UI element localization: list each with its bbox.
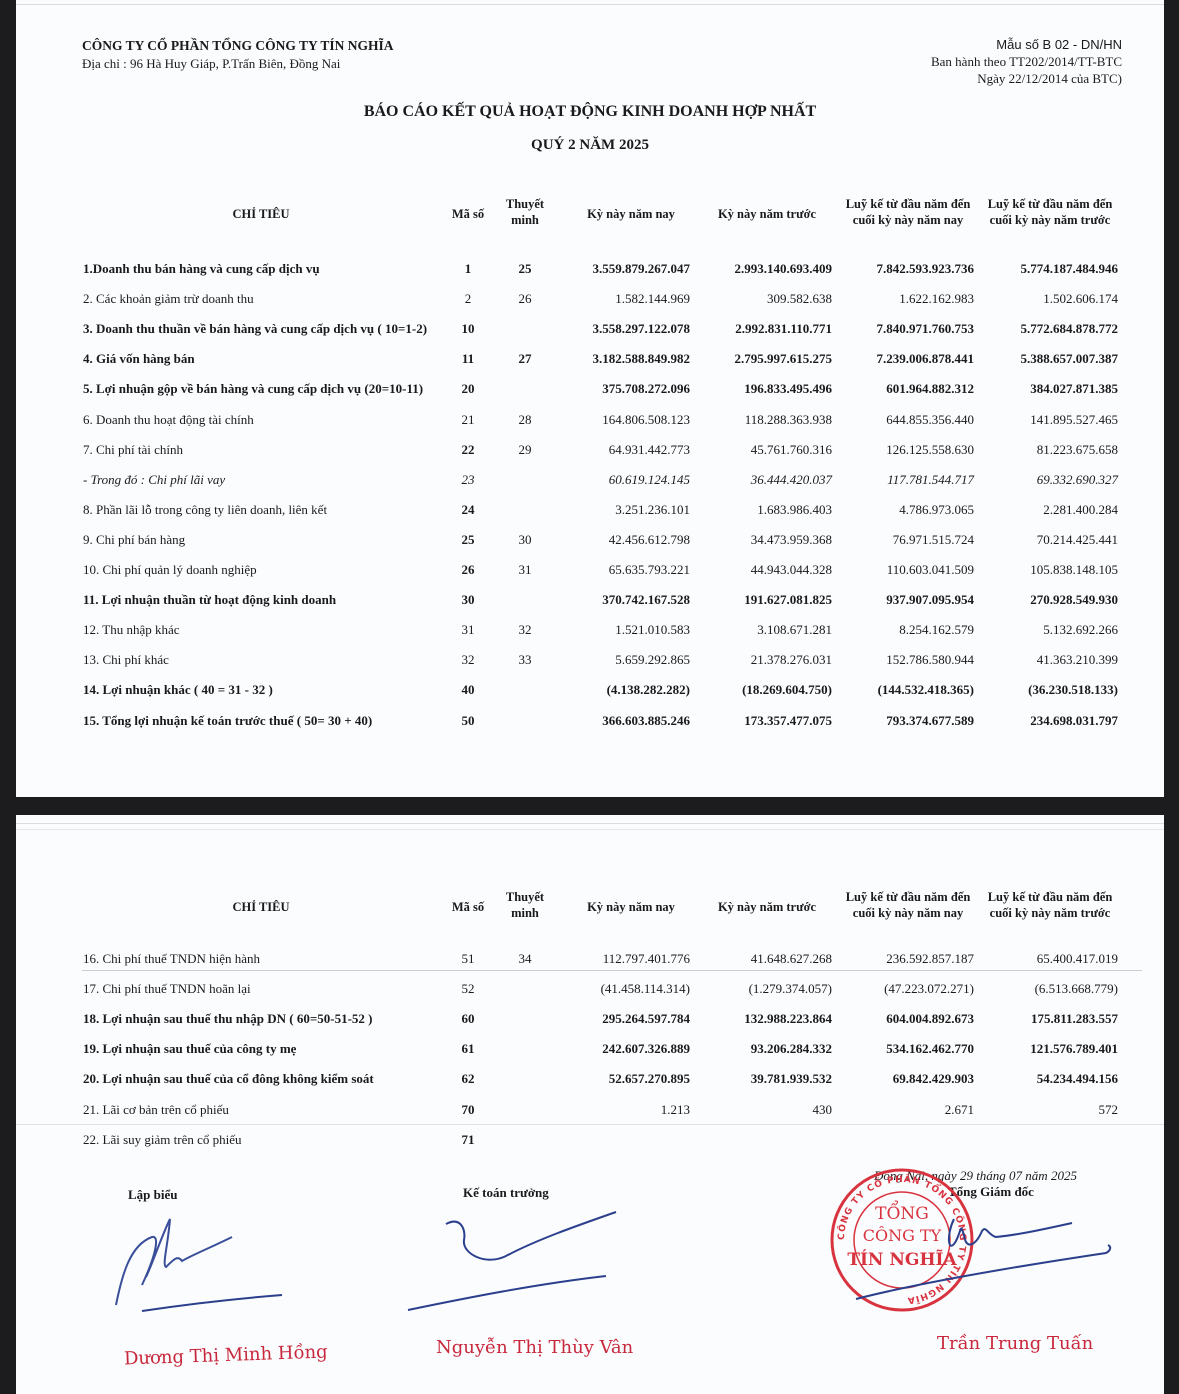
value-ytd-previous: 81.223.675.658	[982, 442, 1118, 458]
value-previous: 309.582.638	[696, 291, 832, 307]
col-header-name: CHỈ TIÊU	[146, 206, 376, 222]
row-code: 60	[446, 1011, 490, 1027]
scan-artifact	[16, 1124, 1164, 1125]
value-previous: (18.269.604.750)	[696, 682, 832, 698]
row-code: 31	[446, 622, 490, 638]
row-code: 2	[446, 291, 490, 307]
scan-artifact	[82, 970, 1142, 971]
table-row: 17. Chi phí thuế TNDN hoãn lại52(41.458.…	[16, 978, 1164, 1000]
row-code: 1	[446, 261, 490, 277]
row-label: 17. Chi phí thuế TNDN hoãn lại	[83, 981, 251, 997]
row-label: 19. Lợi nhuận sau thuế của công ty mẹ	[83, 1041, 296, 1057]
value-previous: 45.761.760.316	[696, 442, 832, 458]
value-previous: 93.206.284.332	[696, 1041, 832, 1057]
table-row: 5. Lợi nhuận gộp về bán hàng và cung cấp…	[16, 378, 1164, 400]
value-previous: 41.648.627.268	[696, 951, 832, 967]
table-row: 1.Doanh thu bán hàng và cung cấp dịch vụ…	[16, 258, 1164, 280]
row-label: 21. Lãi cơ bản trên cổ phiếu	[83, 1102, 229, 1118]
row-note: 26	[500, 291, 550, 307]
value-previous: 34.473.959.368	[696, 532, 832, 548]
row-label: 12. Thu nhập khác	[83, 622, 180, 638]
value-current: 3.559.879.267.047	[556, 261, 690, 277]
row-label: 8. Phần lãi lỗ trong công ty liên doanh,…	[83, 502, 327, 518]
accountant-name: Nguyễn Thị Thùy Vân	[436, 1337, 633, 1358]
table-row: 21. Lãi cơ bản trên cổ phiếu701.2134302.…	[16, 1099, 1164, 1121]
col-header-ytd-previous: Luỹ kế từ đầu năm đếncuối kỳ này năm trư…	[980, 889, 1120, 921]
company-name: CÔNG TY CỔ PHẦN TỔNG CÔNG TY TÍN NGHĨA	[82, 38, 394, 54]
value-ytd-current: 76.971.515.724	[836, 532, 974, 548]
value-ytd-previous: (36.230.518.133)	[982, 682, 1118, 698]
table-header: CHỈ TIÊU Mã số Thuyếtminh Kỳ này năm nay…	[16, 192, 1164, 238]
col-header-previous: Kỳ này năm trước	[702, 899, 832, 915]
table-row: 14. Lợi nhuận khác ( 40 = 31 - 32 )40(4.…	[16, 679, 1164, 701]
row-code: 32	[446, 652, 490, 668]
accountant-role: Kế toán trưởng	[463, 1185, 549, 1201]
row-code: 26	[446, 562, 490, 578]
row-code: 25	[446, 532, 490, 548]
value-current: 1.521.010.583	[556, 622, 690, 638]
row-label: 13. Chi phí khác	[83, 652, 169, 668]
table-row: 16. Chi phí thuế TNDN hiện hành5134112.7…	[16, 948, 1164, 970]
value-ytd-previous: 572	[982, 1102, 1118, 1118]
value-ytd-current: 126.125.558.630	[836, 442, 974, 458]
accountant-signature	[406, 1210, 626, 1320]
value-current: 295.264.597.784	[556, 1011, 690, 1027]
table-row: 6. Doanh thu hoạt động tài chính2128164.…	[16, 409, 1164, 431]
row-note: 34	[500, 951, 550, 967]
value-ytd-current: 601.964.882.312	[836, 381, 974, 397]
value-current: 3.182.588.849.982	[556, 351, 690, 367]
row-code: 61	[446, 1041, 490, 1057]
scan-artifact	[16, 829, 1164, 830]
value-current: 370.742.167.528	[556, 592, 690, 608]
value-previous: 3.108.671.281	[696, 622, 832, 638]
row-label: 1.Doanh thu bán hàng và cung cấp dịch vụ	[83, 261, 320, 277]
value-previous: 39.781.939.532	[696, 1071, 832, 1087]
value-ytd-current: 534.162.462.770	[836, 1041, 974, 1057]
row-note: 30	[500, 532, 550, 548]
value-current: 65.635.793.221	[556, 562, 690, 578]
row-code: 23	[446, 472, 490, 488]
row-label: 20. Lợi nhuận sau thuế của cổ đông không…	[83, 1071, 374, 1087]
value-previous: 196.833.495.496	[696, 381, 832, 397]
value-ytd-current: 7.842.593.923.736	[836, 261, 974, 277]
value-current: 5.659.292.865	[556, 652, 690, 668]
row-label: 6. Doanh thu hoạt động tài chính	[83, 412, 254, 428]
row-label: 18. Lợi nhuận sau thuế thu nhập DN ( 60=…	[83, 1011, 372, 1027]
value-previous: 132.988.223.864	[696, 1011, 832, 1027]
value-ytd-current: (144.532.418.365)	[836, 682, 974, 698]
row-label: 9. Chi phí bán hàng	[83, 532, 185, 548]
row-label: 5. Lợi nhuận gộp về bán hàng và cung cấp…	[83, 381, 423, 397]
scan-artifact	[16, 4, 1164, 5]
value-current: 3.558.297.122.078	[556, 321, 690, 337]
value-ytd-previous: 5.772.684.878.772	[982, 321, 1118, 337]
col-header-ytd-current: Luỹ kế từ đầu năm đếncuối kỳ này năm nay	[838, 196, 978, 228]
row-code: 11	[446, 351, 490, 367]
value-previous: 36.444.420.037	[696, 472, 832, 488]
value-ytd-current: 937.907.095.954	[836, 592, 974, 608]
value-ytd-current: 1.622.162.983	[836, 291, 974, 307]
table-row: 22. Lãi suy giảm trên cổ phiếu71	[16, 1129, 1164, 1151]
value-ytd-current: (47.223.072.271)	[836, 981, 974, 997]
value-ytd-previous: 175.811.283.557	[982, 1011, 1118, 1027]
table-row: 12. Thu nhập khác31321.521.010.5833.108.…	[16, 619, 1164, 641]
table-row: 3. Doanh thu thuần về bán hàng và cung c…	[16, 318, 1164, 340]
value-ytd-previous: 1.502.606.174	[982, 291, 1118, 307]
value-ytd-current: 117.781.544.717	[836, 472, 974, 488]
table-header: CHỈ TIÊU Mã số Thuyếtminh Kỳ này năm nay…	[16, 885, 1164, 931]
col-header-current: Kỳ này năm nay	[566, 899, 696, 915]
row-note: 27	[500, 351, 550, 367]
value-ytd-previous: 2.281.400.284	[982, 502, 1118, 518]
report-period: QUÝ 2 NĂM 2025	[16, 137, 1164, 154]
value-current: (41.458.114.314)	[556, 981, 690, 997]
scan-artifact	[16, 823, 1164, 824]
value-ytd-current: 7.840.971.760.753	[836, 321, 974, 337]
value-previous: 2.795.997.615.275	[696, 351, 832, 367]
table-row: 9. Chi phí bán hàng253042.456.612.79834.…	[16, 529, 1164, 551]
company-address: Địa chỉ : 96 Hà Huy Giáp, P.Trấn Biên, Đ…	[82, 56, 340, 72]
row-code: 20	[446, 381, 490, 397]
row-label: - Trong đó : Chi phí lãi vay	[83, 472, 225, 488]
form-code-block: Mẫu số B 02 - DN/HN Ban hành theo TT202/…	[931, 36, 1122, 87]
table-row: 7. Chi phí tài chính222964.931.442.77345…	[16, 439, 1164, 461]
preparer-signature	[112, 1215, 282, 1315]
form-code: Mẫu số B 02 - DN/HN	[931, 36, 1122, 53]
value-ytd-previous: 5.132.692.266	[982, 622, 1118, 638]
col-header-note: Thuyếtminh	[500, 196, 550, 228]
value-previous: 44.943.044.328	[696, 562, 832, 578]
row-code: 40	[446, 682, 490, 698]
table-row: 11. Lợi nhuận thuần từ hoạt động kinh do…	[16, 589, 1164, 611]
value-current: 1.582.144.969	[556, 291, 690, 307]
report-page-2: CHỈ TIÊU Mã số Thuyếtminh Kỳ này năm nay…	[16, 815, 1164, 1394]
value-current: 164.806.508.123	[556, 412, 690, 428]
value-ytd-previous: 141.895.527.465	[982, 412, 1118, 428]
table-row: 10. Chi phí quản lý doanh nghiệp263165.6…	[16, 559, 1164, 581]
col-header-current: Kỳ này năm nay	[566, 206, 696, 222]
value-ytd-previous: 70.214.425.441	[982, 532, 1118, 548]
form-issued: Ban hành theo TT202/2014/TT-BTC	[931, 53, 1122, 70]
row-code: 30	[446, 592, 490, 608]
table-row: 2. Các khoản giảm trừ doanh thu2261.582.…	[16, 288, 1164, 310]
value-ytd-current: 110.603.041.509	[836, 562, 974, 578]
row-code: 62	[446, 1071, 490, 1087]
preparer-role: Lập biểu	[128, 1187, 178, 1203]
value-current: (4.138.282.282)	[556, 682, 690, 698]
value-previous: 1.683.986.403	[696, 502, 832, 518]
row-code: 22	[446, 442, 490, 458]
row-label: 7. Chi phí tài chính	[83, 442, 183, 458]
col-header-previous: Kỳ này năm trước	[702, 206, 832, 222]
row-label: 22. Lãi suy giảm trên cổ phiếu	[83, 1132, 242, 1148]
value-current: 42.456.612.798	[556, 532, 690, 548]
table-row: 18. Lợi nhuận sau thuế thu nhập DN ( 60=…	[16, 1008, 1164, 1030]
value-ytd-previous: 105.838.148.105	[982, 562, 1118, 578]
row-note: 32	[500, 622, 550, 638]
col-header-code: Mã số	[446, 899, 490, 915]
report-title: BÁO CÁO KẾT QUẢ HOẠT ĐỘNG KINH DOANH HỢP…	[16, 103, 1164, 121]
row-code: 71	[446, 1132, 490, 1148]
table-row: 13. Chi phí khác32335.659.292.86521.378.…	[16, 649, 1164, 671]
value-ytd-previous: 65.400.417.019	[982, 951, 1118, 967]
value-previous: 430	[696, 1102, 832, 1118]
table-row: 19. Lợi nhuận sau thuế của công ty mẹ612…	[16, 1038, 1164, 1060]
value-current: 64.931.442.773	[556, 442, 690, 458]
value-previous: 173.357.477.075	[696, 713, 832, 729]
value-current: 1.213	[556, 1102, 690, 1118]
row-label: 14. Lợi nhuận khác ( 40 = 31 - 32 )	[83, 682, 273, 698]
value-ytd-current: 2.671	[836, 1102, 974, 1118]
row-label: 11. Lợi nhuận thuần từ hoạt động kinh do…	[83, 592, 336, 608]
row-code: 24	[446, 502, 490, 518]
value-previous: 2.992.831.110.771	[696, 321, 832, 337]
value-ytd-previous: 54.234.494.156	[982, 1071, 1118, 1087]
row-code: 50	[446, 713, 490, 729]
value-ytd-previous: 5.388.657.007.387	[982, 351, 1118, 367]
value-ytd-current: 69.842.429.903	[836, 1071, 974, 1087]
row-code: 51	[446, 951, 490, 967]
value-current: 375.708.272.096	[556, 381, 690, 397]
value-ytd-previous: 41.363.210.399	[982, 652, 1118, 668]
value-previous: 2.993.140.693.409	[696, 261, 832, 277]
row-note: 33	[500, 652, 550, 668]
preparer-name: Dương Thị Minh Hồng	[124, 1341, 328, 1369]
row-code: 21	[446, 412, 490, 428]
value-ytd-previous: 384.027.871.385	[982, 381, 1118, 397]
row-note: 25	[500, 261, 550, 277]
value-ytd-current: 152.786.580.944	[836, 652, 974, 668]
table-row: - Trong đó : Chi phí lãi vay2360.619.124…	[16, 469, 1164, 491]
director-name: Trần Trung Tuấn	[937, 1333, 1093, 1354]
form-date: Ngày 22/12/2014 của BTC)	[931, 70, 1122, 87]
value-ytd-current: 8.254.162.579	[836, 622, 974, 638]
table-row: 4. Giá vốn hàng bán11273.182.588.849.982…	[16, 348, 1164, 370]
value-previous: 191.627.081.825	[696, 592, 832, 608]
value-ytd-current: 7.239.006.878.441	[836, 351, 974, 367]
value-previous: (1.279.374.057)	[696, 981, 832, 997]
report-page-1: CÔNG TY CỔ PHẦN TỔNG CÔNG TY TÍN NGHĨA Đ…	[16, 0, 1164, 797]
value-ytd-current: 236.592.857.187	[836, 951, 974, 967]
value-previous: 118.288.363.938	[696, 412, 832, 428]
value-ytd-previous: 5.774.187.484.946	[982, 261, 1118, 277]
row-label: 4. Giá vốn hàng bán	[83, 351, 195, 367]
col-header-ytd-current: Luỹ kế từ đầu năm đếncuối kỳ này năm nay	[838, 889, 978, 921]
value-current: 52.657.270.895	[556, 1071, 690, 1087]
row-note: 29	[500, 442, 550, 458]
col-header-note: Thuyếtminh	[500, 889, 550, 921]
director-signature	[836, 1195, 1116, 1305]
row-note: 28	[500, 412, 550, 428]
value-ytd-current: 604.004.892.673	[836, 1011, 974, 1027]
row-label: 15. Tổng lợi nhuận kế toán trước thuế ( …	[83, 713, 372, 729]
value-current: 3.251.236.101	[556, 502, 690, 518]
value-ytd-current: 4.786.973.065	[836, 502, 974, 518]
value-ytd-previous: 270.928.549.930	[982, 592, 1118, 608]
row-label: 3. Doanh thu thuần về bán hàng và cung c…	[83, 321, 427, 337]
row-code: 52	[446, 981, 490, 997]
col-header-ytd-previous: Luỹ kế từ đầu năm đếncuối kỳ này năm trư…	[980, 196, 1120, 228]
value-ytd-current: 793.374.677.589	[836, 713, 974, 729]
row-label: 2. Các khoản giảm trừ doanh thu	[83, 291, 254, 307]
value-current: 112.797.401.776	[556, 951, 690, 967]
value-current: 60.619.124.145	[556, 472, 690, 488]
value-ytd-previous: 69.332.690.327	[982, 472, 1118, 488]
row-code: 10	[446, 321, 490, 337]
row-label: 10. Chi phí quản lý doanh nghiệp	[83, 562, 257, 578]
col-header-name: CHỈ TIÊU	[146, 899, 376, 915]
value-current: 242.607.326.889	[556, 1041, 690, 1057]
value-ytd-previous: (6.513.668.779)	[982, 981, 1118, 997]
value-ytd-previous: 234.698.031.797	[982, 713, 1118, 729]
row-code: 70	[446, 1102, 490, 1118]
value-previous: 21.378.276.031	[696, 652, 832, 668]
col-header-code: Mã số	[446, 206, 490, 222]
table-row: 8. Phần lãi lỗ trong công ty liên doanh,…	[16, 499, 1164, 521]
value-ytd-current: 644.855.356.440	[836, 412, 974, 428]
row-note: 31	[500, 562, 550, 578]
value-current: 366.603.885.246	[556, 713, 690, 729]
value-ytd-previous: 121.576.789.401	[982, 1041, 1118, 1057]
row-label: 16. Chi phí thuế TNDN hiện hành	[83, 951, 260, 967]
table-row: 15. Tổng lợi nhuận kế toán trước thuế ( …	[16, 710, 1164, 732]
table-row: 20. Lợi nhuận sau thuế của cổ đông không…	[16, 1068, 1164, 1090]
